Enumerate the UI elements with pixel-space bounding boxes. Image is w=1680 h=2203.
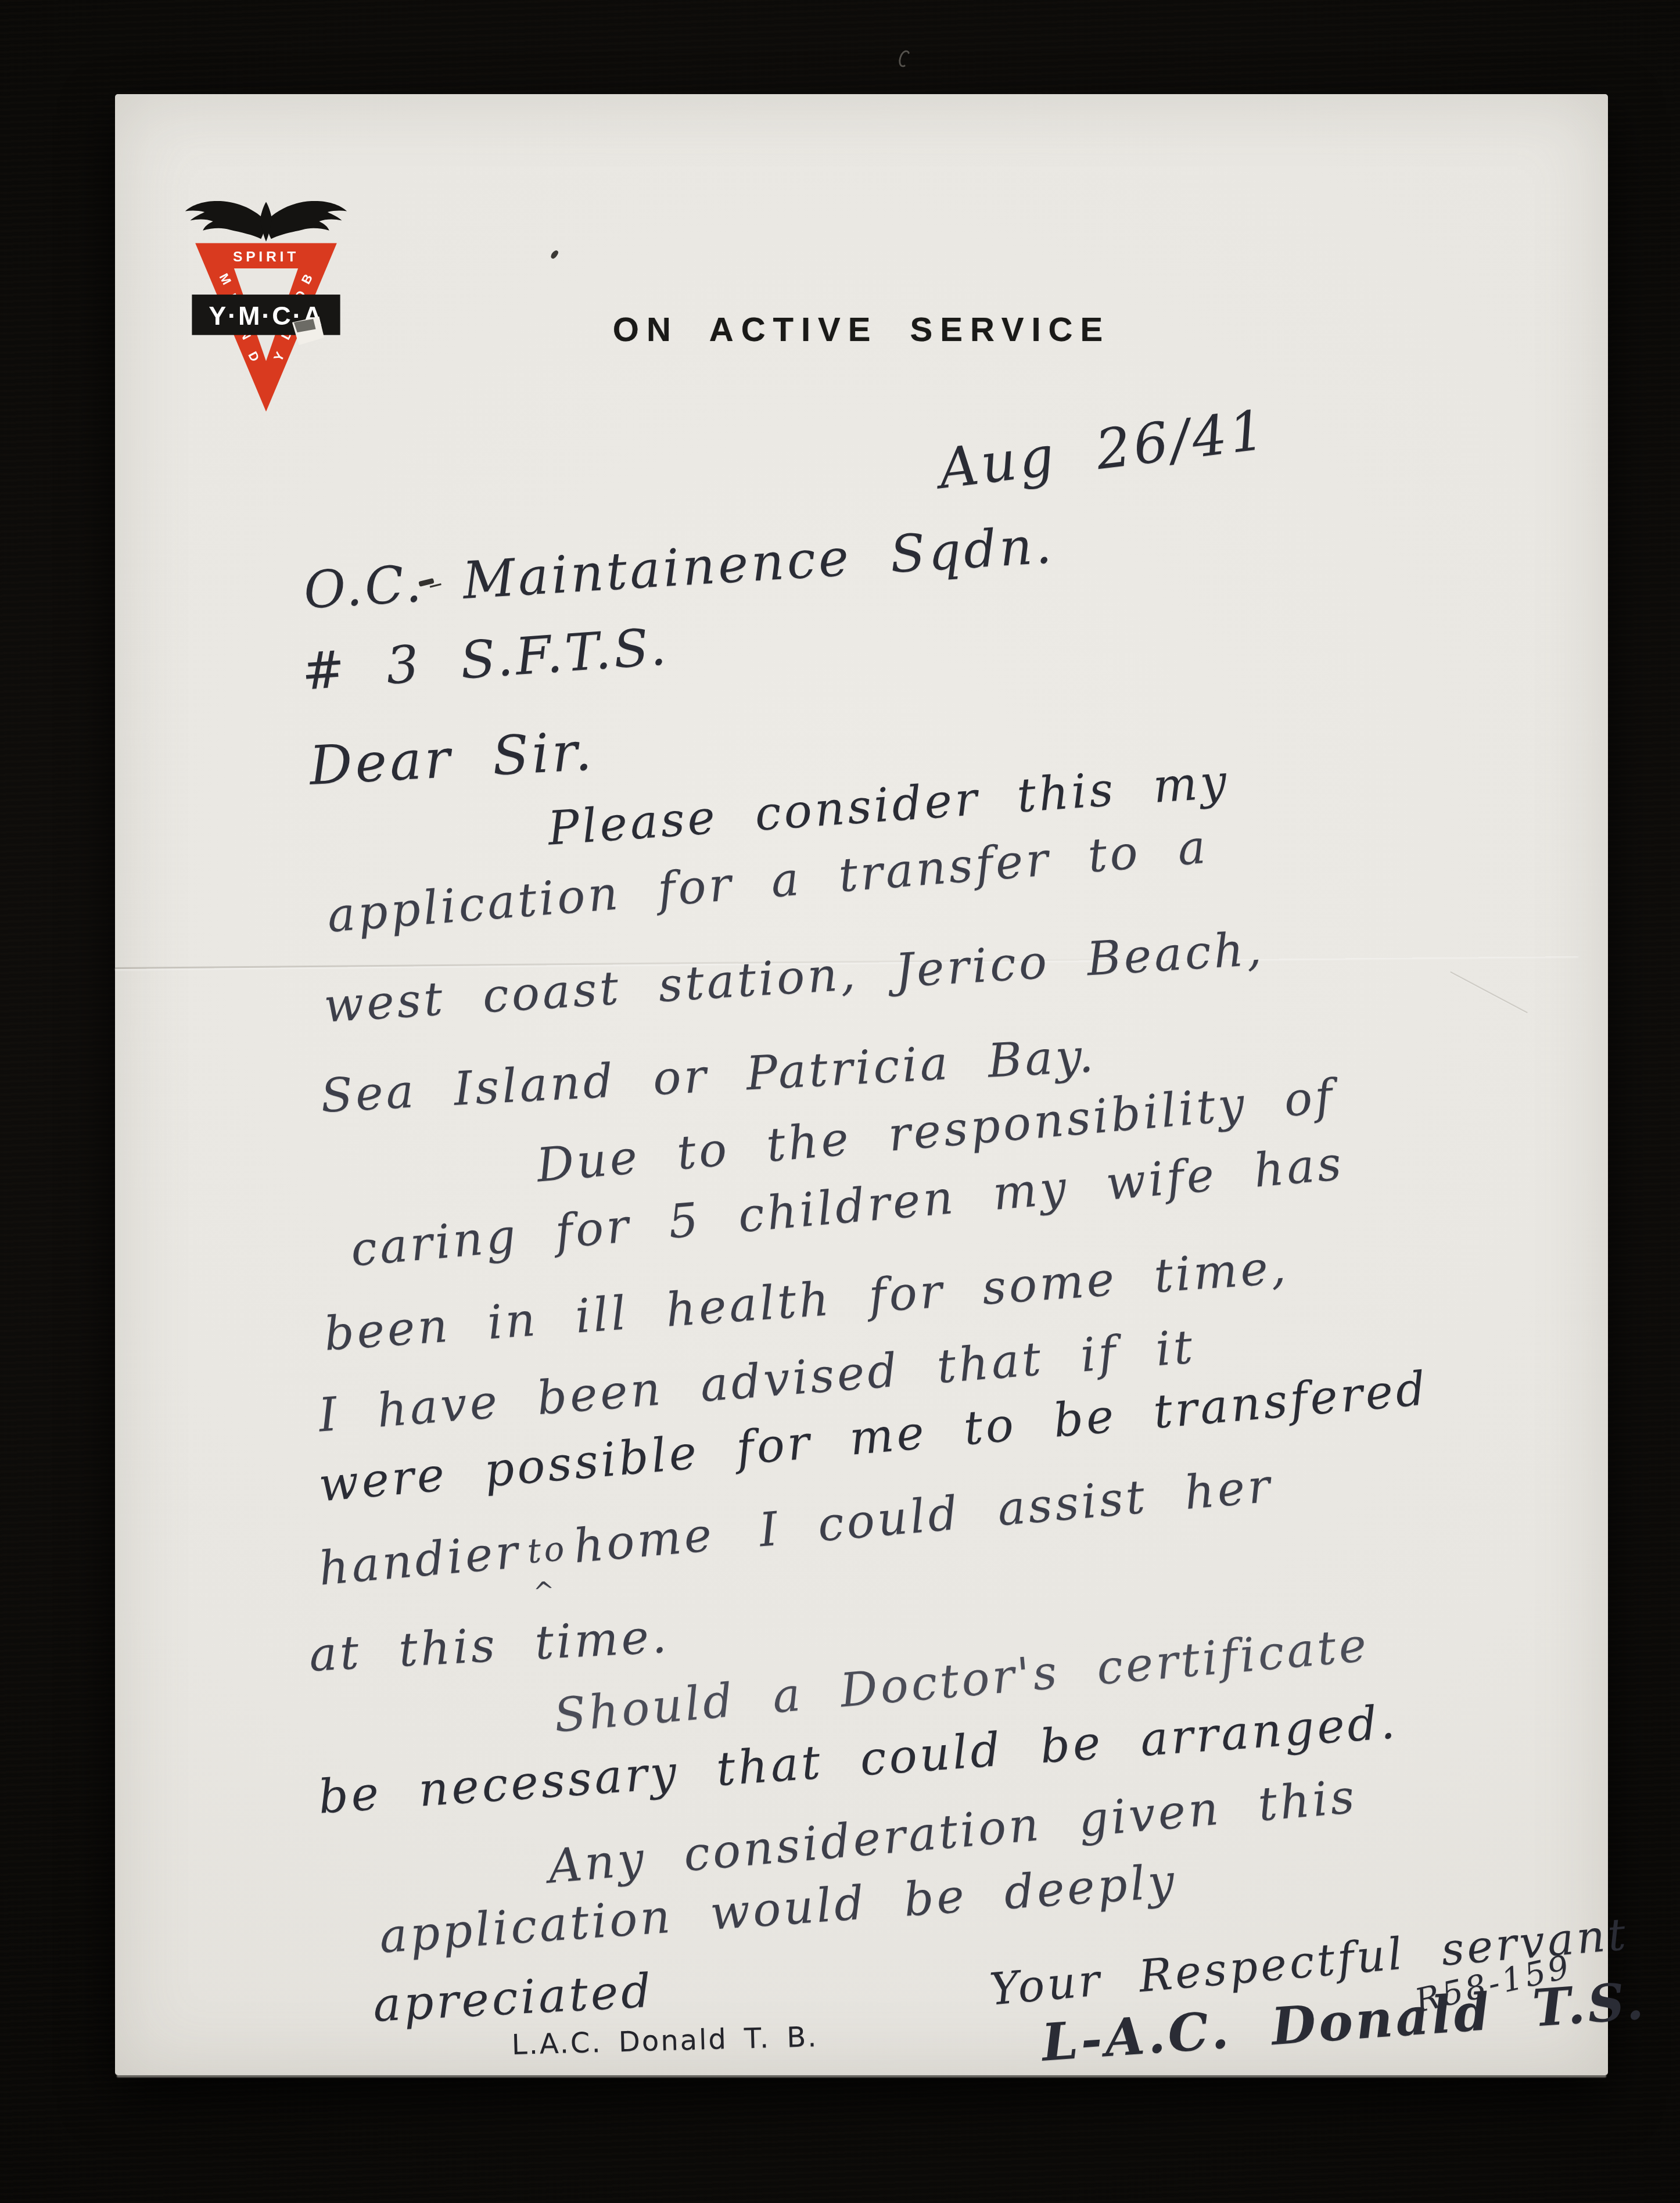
insertion-after: home <box>571 1507 716 1573</box>
insertion-before: handier <box>317 1524 523 1596</box>
recipient-line-1: O.C. Maintainence Sqdn. <box>302 515 1056 620</box>
salutation: Dear Sir. <box>308 720 596 797</box>
ymca-logo: SPIRIT M I N D B O D Y Y·M·C·A <box>182 196 350 412</box>
name-annotation: L.A.C. Donald T. B. <box>511 2021 819 2061</box>
inserted-word: to <box>526 1529 569 1571</box>
logo-motto-top: SPIRIT <box>233 250 299 265</box>
date-line: Aug 26/41 <box>935 399 1270 501</box>
line-continuation: I could assist her <box>757 1458 1275 1557</box>
insertion-mark: to^ <box>522 1562 575 1567</box>
ink-speck <box>550 249 559 260</box>
body-line: at this time. <box>308 1609 670 1682</box>
body-line: west coast station, Jerico Beach, <box>322 921 1266 1033</box>
body-line: apreciated <box>372 1964 655 2032</box>
caret-icon: ^ <box>532 1576 559 1607</box>
scan-background: { "letterhead": { "title": "ON ACTIVE SE… <box>0 0 1680 2203</box>
recipient-line-2: # 3 S.F.T.S. <box>300 616 671 702</box>
eagle-icon <box>185 201 347 242</box>
paper-wrinkle <box>1450 971 1527 1013</box>
letter-page: SPIRIT M I N D B O D Y Y·M·C·A ON ACTIVE… <box>115 94 1608 2075</box>
dust-speck <box>897 49 912 69</box>
letterhead-title: ON ACTIVE SERVICE <box>115 310 1608 349</box>
